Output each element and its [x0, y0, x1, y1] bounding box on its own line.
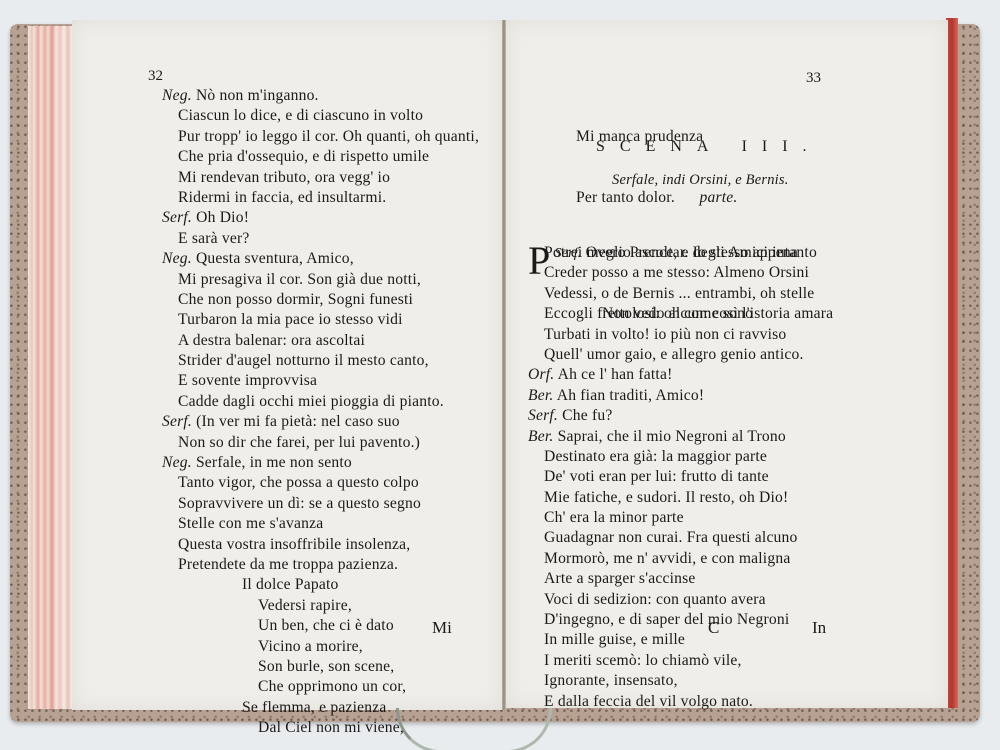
- speech-line: Serf. Che fu?: [528, 406, 814, 426]
- line-text: Questa sventura, Amico,: [196, 250, 354, 267]
- line-text: Strider d'augel notturno il mesto canto,: [178, 352, 429, 369]
- verse-line: Guadagnar non curai. Fra questi alcuno: [528, 528, 814, 548]
- speaker-label: Neg.: [162, 87, 192, 104]
- speech-line: Serf. Oh Dio!: [162, 208, 479, 228]
- verse-line: E sovente improvvisa: [162, 371, 479, 391]
- line-text: Quell' umor gaio, e allegro genio antico…: [544, 346, 804, 363]
- speaker-label: Ber.: [528, 428, 553, 445]
- line-text: (In ver mi fa pietà: nel caso suo: [196, 413, 400, 430]
- line-text: Sopravvivere un dì: se a questo segno: [178, 495, 421, 512]
- verse-line: Eccogli frettolosi: oh come sono: [528, 304, 814, 324]
- line-text: Turbaron la mia pace io stesso vidi: [178, 311, 403, 328]
- line-text: Arte a sparger s'accinse: [544, 570, 696, 587]
- right-catchword: In: [812, 618, 826, 638]
- line-text: Che non posso dormir, Sogni funesti: [178, 291, 413, 308]
- verse-line: Ignorante, insensato,: [528, 671, 814, 691]
- speaker-label: Serf.: [162, 209, 192, 226]
- left-page-number: 32: [148, 68, 163, 85]
- verse-line: Arte a sparger s'accinse: [528, 569, 814, 589]
- verse-line: Il dolce Papato: [162, 575, 479, 595]
- line-text: Ch' era la minor parte: [544, 509, 684, 526]
- verse-line: Strider d'augel notturno il mesto canto,: [162, 351, 479, 371]
- scene-cast: Serfale, indi Orsini, e Bernis.: [612, 170, 789, 190]
- line-text: Guadagnar non curai. Fra questi alcuno: [544, 529, 798, 546]
- line-text: Son burle, son scene,: [258, 658, 394, 675]
- line-text: Questa vostra insoffribile insolenza,: [178, 536, 410, 553]
- line-text: Saprai, che il mio Negroni al Trono: [558, 428, 786, 445]
- verse-line: Pur tropp' io leggo il cor. Oh quanti, o…: [162, 127, 479, 147]
- verse-line: Mie fatiche, e sudori. Il resto, oh Dio!: [528, 488, 814, 508]
- verse-line: Pretendete da me troppa pazienza.: [162, 555, 479, 575]
- speech-line: Neg. Nò non m'inganno.: [162, 86, 479, 106]
- verse-line: Questa vostra insoffribile insolenza,: [162, 535, 479, 555]
- verse-line: Son burle, son scene,: [162, 657, 479, 677]
- line-text: Voci di sedizion: con quanto avera: [544, 591, 766, 608]
- verse-line: Tanto vigor, che possa a questo colpo: [162, 473, 479, 493]
- left-page-text: Neg. Nò non m'inganno.Ciascun lo dice, e…: [162, 86, 479, 739]
- verse-line: A destra balenar: ora ascoltai: [162, 331, 479, 351]
- verse-line: E sarà ver?: [162, 229, 479, 249]
- verse-line: Cadde dagli occhi miei pioggia di pianto…: [162, 392, 479, 412]
- verse-line: Creder posso a me stesso: Almeno Orsini: [528, 263, 814, 283]
- speech-line: Serf. (In ver mi fa pietà: nel caso suo: [162, 412, 479, 432]
- speech-line: Orf. Ah ce l' han fatta!: [528, 365, 814, 385]
- line-text: Tanto vigor, che possa a questo colpo: [178, 474, 419, 491]
- line-text: Ignorante, insensato,: [544, 672, 678, 689]
- line-text: Mie fatiche, e sudori. Il resto, oh Dio!: [544, 489, 788, 506]
- speaker-label: Orf.: [528, 366, 554, 383]
- verse-line: Mi presagiva il cor. Son già due notti,: [162, 270, 479, 290]
- line-text: Non so dir che farei, per lui pavento.): [178, 434, 420, 451]
- verse-line: Vedersi rapire,: [162, 596, 479, 616]
- verse-line: Voci di sedizion: con quanto avera: [528, 590, 814, 610]
- verse-line: Che pria d'ossequio, e di rispetto umile: [162, 147, 479, 167]
- line-text: E sovente improvvisa: [178, 372, 317, 389]
- left-catchword: Mi: [432, 618, 452, 638]
- verse-line: De' voti eran per lui: frutto di tante: [528, 467, 814, 487]
- speaker-label: Serf.: [528, 407, 558, 424]
- line-text: Creder posso a me stesso: Almeno Orsini: [544, 264, 809, 281]
- line-text: Nò non m'inganno.: [196, 87, 319, 104]
- verse-line: Turbaron la mia pace io stesso vidi: [162, 310, 479, 330]
- verse-line: Che opprimono un cor,: [162, 677, 479, 697]
- verse-line: Potrei meglio ascoltar. Io stesso appena: [528, 243, 814, 263]
- verse-line: Ciascun lo dice, e di ciascuno in volto: [162, 106, 479, 126]
- verse-line: Ridermi in faccia, ed insultarmi.: [162, 188, 479, 208]
- speaker-label: Serf.: [162, 413, 192, 430]
- line-text: Pur tropp' io leggo il cor. Oh quanti, o…: [178, 128, 479, 145]
- verse-line: Quell' umor gaio, e allegro genio antico…: [528, 345, 814, 365]
- line-text: Che opprimono un cor,: [258, 678, 406, 695]
- line-text: In mille guise, e mille: [544, 631, 685, 648]
- line-text: Pretendete da me troppa pazienza.: [178, 556, 398, 573]
- line-text: Il dolce Papato: [242, 576, 339, 593]
- line-text: Ridermi in faccia, ed insultarmi.: [178, 189, 386, 206]
- line-text: A destra balenar: ora ascoltai: [178, 332, 365, 349]
- verse-line: Dal Ciel non mi viene,: [162, 718, 479, 738]
- scene-heading: SCENA III.: [596, 137, 822, 157]
- line-text: Mi presagiva il cor. Son già due notti,: [178, 271, 421, 288]
- line-text: Ciascun lo dice, e di ciascuno in volto: [178, 107, 423, 124]
- verse-line: Se flemma, e pazienza: [162, 698, 479, 718]
- verse-line: Turbati in volto! io più non ci ravviso: [528, 325, 814, 345]
- speaker-label: Neg.: [162, 454, 192, 471]
- verse-line: D'ingegno, e di saper del mio Negroni: [528, 610, 814, 630]
- verse-line: Non so dir che farei, per lui pavento.): [162, 433, 479, 453]
- line-text: De' voti eran per lui: frutto di tante: [544, 468, 769, 485]
- line-text: Che fu?: [562, 407, 612, 424]
- line-text: Turbati in volto! io più non ci ravviso: [544, 326, 786, 343]
- verse-line: Mormorò, me n' avvidi, e con maligna: [528, 549, 814, 569]
- line-text: Stelle con me s'avanza: [178, 515, 323, 532]
- verse-line: Ch' era la minor parte: [528, 508, 814, 528]
- line-text: Eccogli frettolosi: oh come sono: [544, 305, 753, 322]
- verse-line: Mi rendevan tributo, ora vegg' io: [162, 168, 479, 188]
- verse-line: Vicino a morire,: [162, 637, 479, 657]
- line-text: E dalla feccia del vil volgo nato.: [544, 693, 753, 710]
- verse-line: Che non posso dormir, Sogni funesti: [162, 290, 479, 310]
- speech-line: Ber. Saprai, che il mio Negroni al Trono: [528, 427, 814, 447]
- speech-line: Ber. Ah fian traditi, Amico!: [528, 386, 814, 406]
- line-text: Vicino a morire,: [258, 638, 363, 655]
- line-text: Se flemma, e pazienza: [242, 699, 386, 716]
- line-text: Potrei meglio ascoltar. Io stesso appena: [544, 244, 798, 261]
- signature-mark: C: [708, 618, 719, 638]
- line-text: Un ben, che ci è dato: [258, 617, 394, 634]
- speaker-label: Neg.: [162, 250, 192, 267]
- verse-line: Sopravvivere un dì: se a questo segno: [162, 494, 479, 514]
- verse-line: E dalla feccia del vil volgo nato.: [528, 692, 814, 712]
- line-text: Destinato era già: la maggior parte: [544, 448, 767, 465]
- line-text: Oh Dio!: [196, 209, 249, 226]
- line-text: Cadde dagli occhi miei pioggia di pianto…: [178, 393, 444, 410]
- line-text: E sarà ver?: [178, 230, 249, 247]
- page-edges-left: [28, 26, 74, 709]
- line-text: D'ingegno, e di saper del mio Negroni: [544, 611, 789, 628]
- line-text: Vedersi rapire,: [258, 597, 352, 614]
- line-text: Mi rendevan tributo, ora vegg' io: [178, 169, 390, 186]
- verse-line: Vedessi, o de Bernis ... entrambi, oh st…: [528, 284, 814, 304]
- speech-line: Neg. Serfale, in me non sento: [162, 453, 479, 473]
- speech-line: Neg. Questa sventura, Amico,: [162, 249, 479, 269]
- verse-line: I meriti scemò: lo chiamò vile,: [528, 651, 814, 671]
- book-gutter: [502, 20, 506, 710]
- line-text: I meriti scemò: lo chiamò vile,: [544, 652, 742, 669]
- line-text: Serfale, in me non sento: [196, 454, 352, 471]
- verse-line: Destinato era già: la maggior parte: [528, 447, 814, 467]
- line-text: Vedessi, o de Bernis ... entrambi, oh st…: [544, 285, 814, 302]
- verse-line: Stelle con me s'avanza: [162, 514, 479, 534]
- line-text: Ah ce l' han fatta!: [558, 366, 673, 383]
- right-page-text: Potrei meglio ascoltar. Io stesso appena…: [528, 243, 814, 712]
- line-text: Ah fian traditi, Amico!: [557, 387, 705, 404]
- line-text: Che pria d'ossequio, e di rispetto umile: [178, 148, 429, 165]
- verse-line: In mille guise, e mille: [528, 630, 814, 650]
- line-text: Mormorò, me n' avvidi, e con maligna: [544, 550, 790, 567]
- right-page-number: 33: [806, 70, 821, 87]
- speaker-label: Ber.: [528, 387, 553, 404]
- line-text: Dal Ciel non mi viene,: [258, 719, 404, 736]
